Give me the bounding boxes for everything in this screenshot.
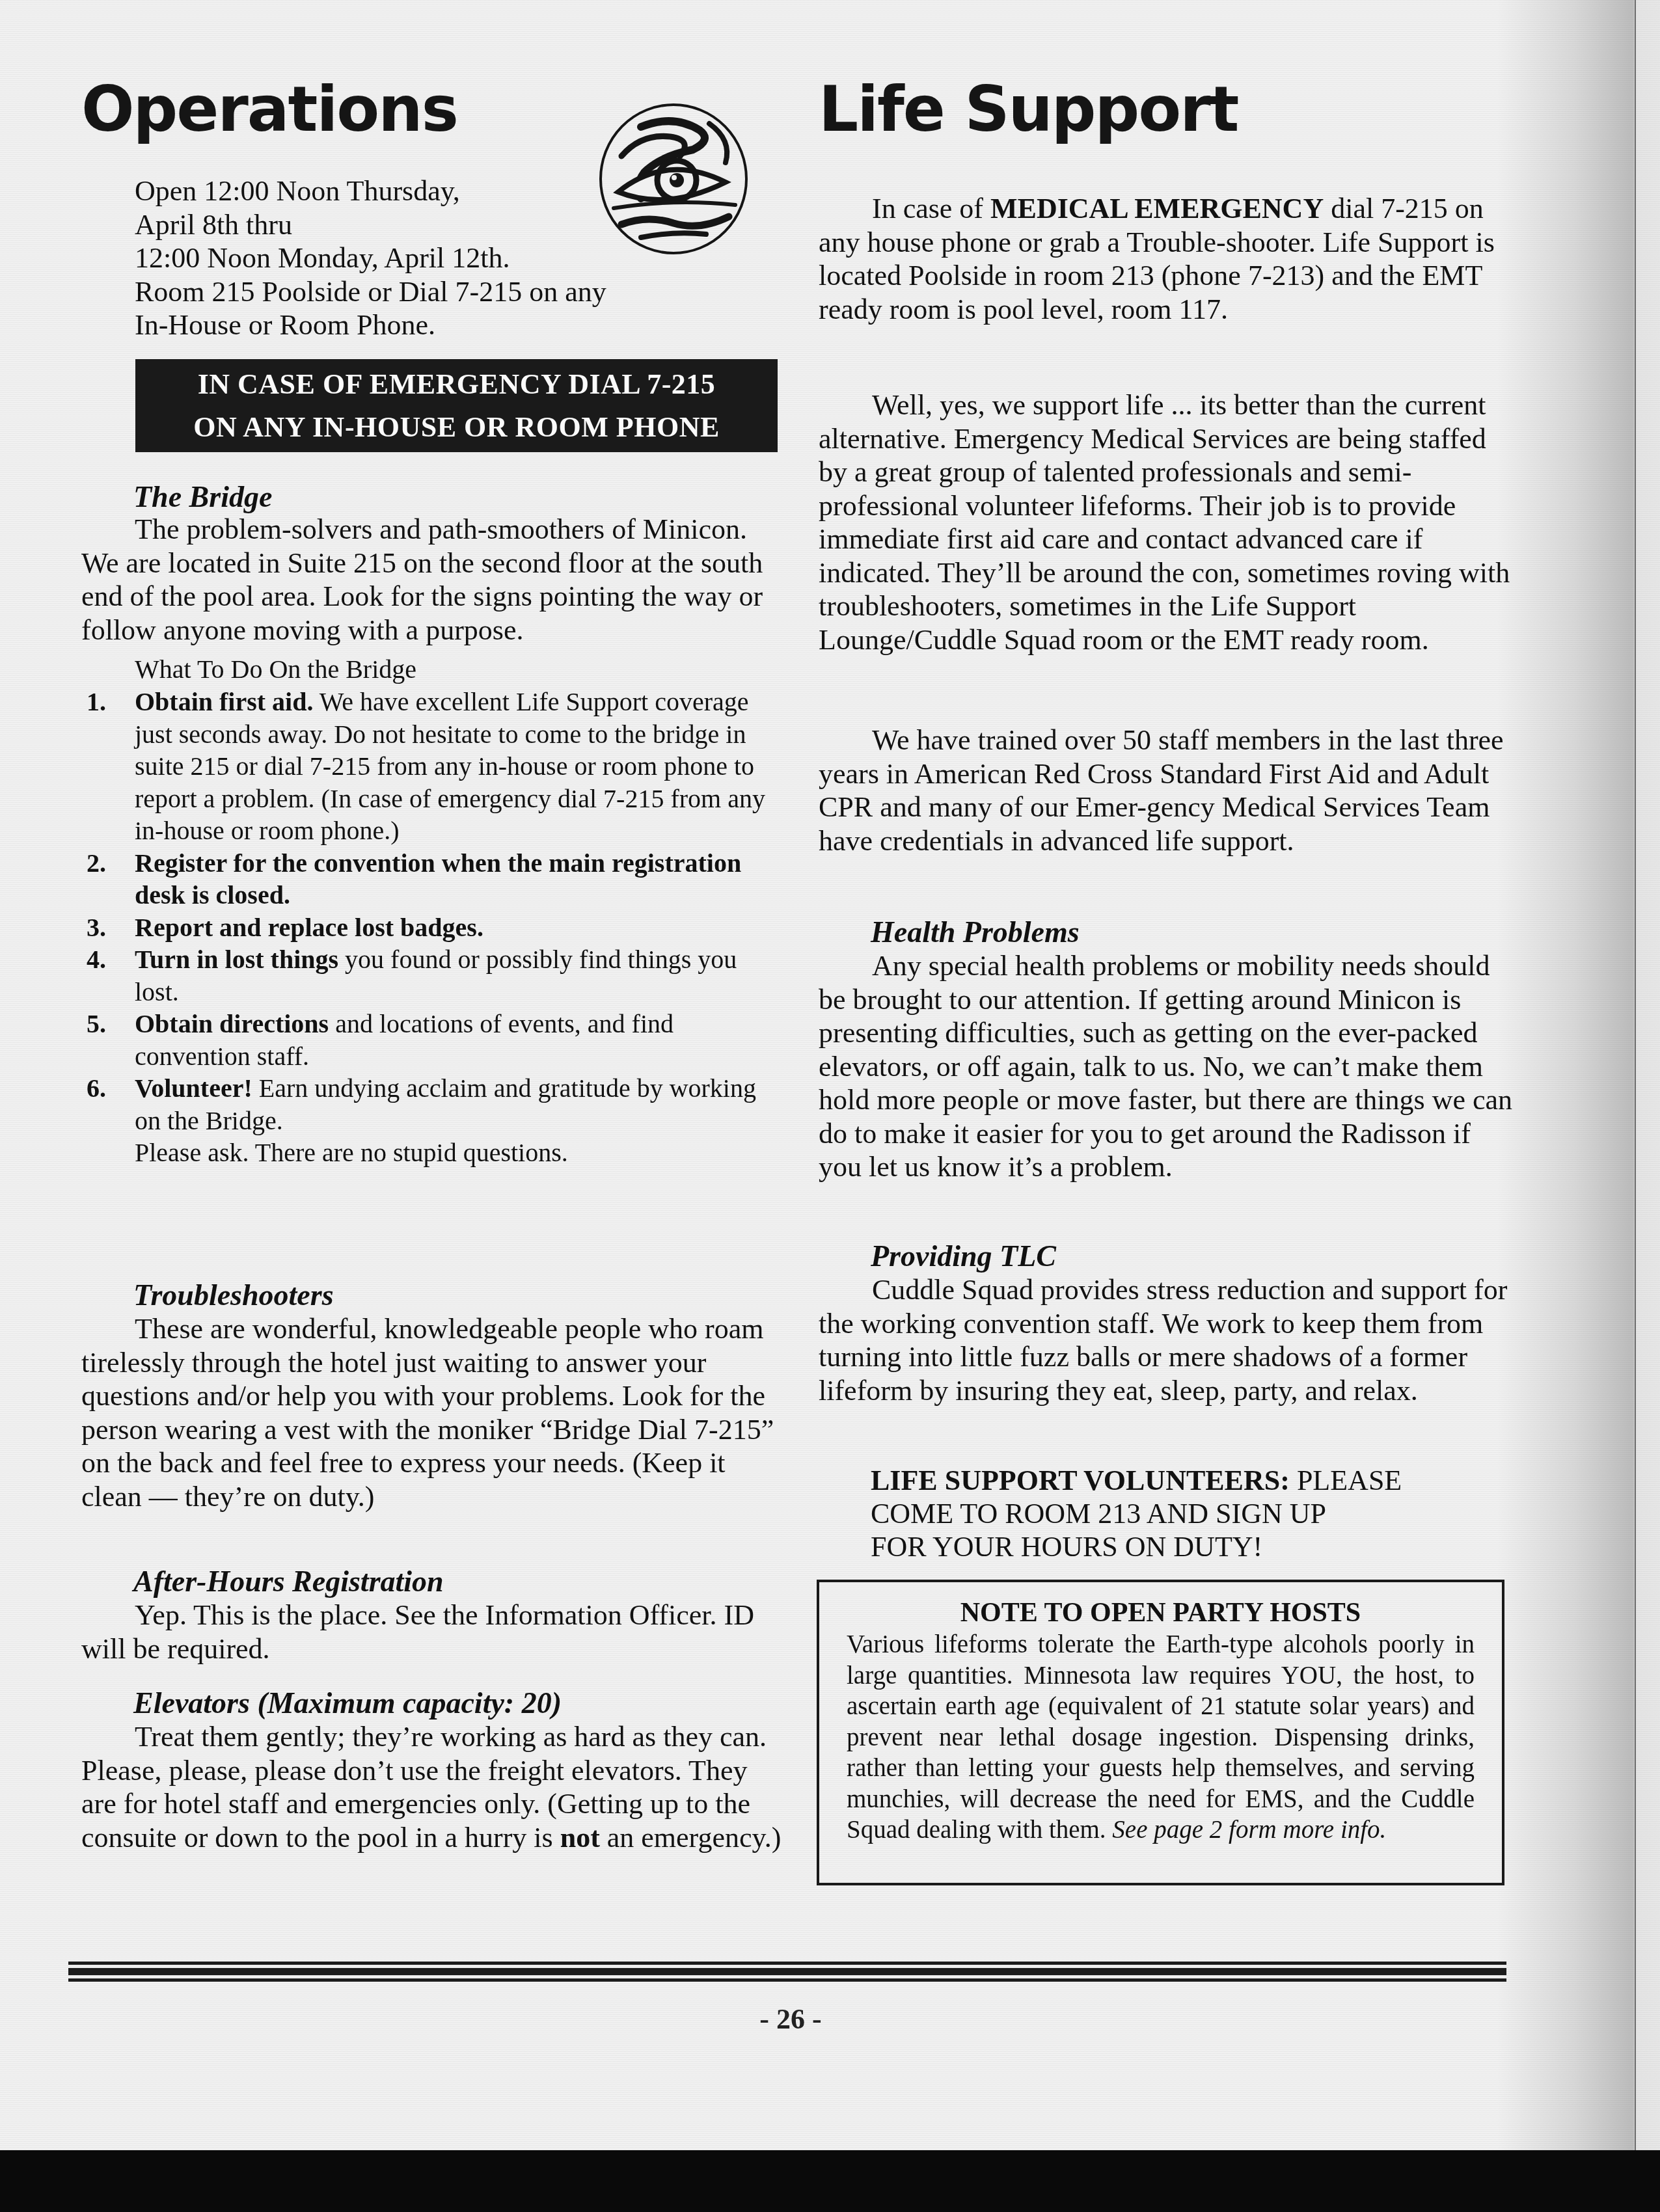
emergency-line-1: IN CASE OF EMERGENCY DIAL 7-215: [198, 363, 716, 406]
task-item: 2.Register for the convention when the m…: [81, 847, 784, 911]
task-bold: Obtain directions: [135, 1009, 329, 1038]
task-item: 3.Report and replace lost badges.: [81, 911, 784, 944]
volunteer-line-3: FOR YOUR HOURS ON DUTY!: [871, 1530, 1489, 1563]
task-bold: Report and replace lost badges.: [135, 913, 483, 942]
page-number: - 26 -: [0, 2003, 1581, 2036]
troubleshooters-heading: Troubleshooters: [81, 1278, 784, 1312]
after-hours-section: After-Hours Registration Yep. This is th…: [81, 1565, 784, 1666]
bridge-list-label: What To Do On the Bridge: [81, 653, 784, 686]
bridge-section: The Bridge The problem-solvers and path-…: [81, 480, 784, 1169]
intro-text: In case of: [872, 193, 990, 224]
task-number: 1.: [87, 686, 106, 718]
volunteer-label: LIFE SUPPORT VOLUNTEERS:: [871, 1464, 1290, 1496]
volunteer-line-1: LIFE SUPPORT VOLUNTEERS: PLEASE: [871, 1464, 1489, 1497]
task-item: 1.Obtain first aid. We have excellent Li…: [81, 686, 784, 847]
rule-thin-bottom: [68, 1978, 1506, 1982]
ems-paragraph: Well, yes, we support life ... its bette…: [819, 388, 1515, 656]
emergency-line-2: ON ANY IN-HOUSE OR ROOM PHONE: [193, 406, 720, 449]
hours-line: 12:00 Noon Monday, April 12th.: [135, 241, 720, 275]
hours-line: In-House or Room Phone.: [135, 308, 720, 342]
training-paragraph: We have trained over 50 staff members in…: [819, 723, 1515, 857]
life-support-title: Life Support: [819, 78, 1238, 141]
task-item: 5.Obtain directions and locations of eve…: [81, 1008, 784, 1072]
life-support-column: Life Support In case of MEDICAL EMERGENC…: [819, 0, 1515, 1952]
operations-title: Operations: [81, 78, 457, 141]
medical-emergency-emphasis: MEDICAL EMERGENCY: [990, 193, 1324, 224]
rule-thick: [68, 1968, 1506, 1975]
tlc-heading: Providing TLC: [819, 1239, 1515, 1273]
tlc-body: Cuddle Squad provides stress reduction a…: [819, 1273, 1515, 1407]
task-number: 4.: [87, 943, 106, 976]
after-hours-body: Yep. This is the place. See the Informat…: [81, 1598, 784, 1666]
task-item: 4.Turn in lost things you found or possi…: [81, 943, 784, 1008]
volunteer-text: PLEASE: [1290, 1464, 1402, 1496]
bridge-closing: Please ask. There are no stupid question…: [81, 1137, 784, 1169]
task-bold: Volunteer!: [135, 1073, 252, 1103]
bridge-heading: The Bridge: [81, 480, 784, 514]
life-support-para-2: Well, yes, we support life ... its bette…: [819, 388, 1515, 656]
task-number: 3.: [87, 911, 106, 944]
elevators-section: Elevators (Maximum capacity: 20) Treat t…: [81, 1686, 784, 1854]
elevators-heading: Elevators (Maximum capacity: 20): [81, 1686, 784, 1720]
after-hours-heading: After-Hours Registration: [81, 1565, 784, 1598]
hours-line: Room 215 Poolside or Dial 7-215 on any: [135, 275, 720, 309]
hours-line: April 8th thru: [135, 208, 720, 242]
note-title: NOTE TO OPEN PARTY HOSTS: [847, 1597, 1475, 1629]
bridge-task-list: 1.Obtain first aid. We have excellent Li…: [81, 686, 784, 1137]
volunteer-line-2: COME TO ROOM 213 AND SIGN UP: [871, 1497, 1489, 1530]
task-item: 6.Volunteer! Earn undying acclaim and gr…: [81, 1072, 784, 1137]
task-number: 6.: [87, 1072, 106, 1105]
troubleshooters-body: These are wonderful, knowledgeable peopl…: [81, 1312, 784, 1513]
hours-line: Open 12:00 Noon Thursday,: [135, 174, 720, 208]
elevators-text-end: an emergency.): [600, 1822, 782, 1854]
health-problems-heading: Health Problems: [819, 915, 1515, 949]
troubleshooters-section: Troubleshooters These are wonderful, kno…: [81, 1278, 784, 1513]
volunteer-callout: LIFE SUPPORT VOLUNTEERS: PLEASE COME TO …: [871, 1464, 1489, 1563]
note-body: Various lifeforms tolerate the Earth-typ…: [847, 1629, 1475, 1846]
footer-triple-rule: [68, 1962, 1506, 1982]
tlc-section: Providing TLC Cuddle Squad provides stre…: [819, 1239, 1515, 1407]
page-edge-shadow: [1635, 0, 1636, 2150]
bridge-body: The problem-solvers and path-smoothers o…: [81, 513, 784, 647]
note-text: Various lifeforms tolerate the Earth-typ…: [847, 1630, 1475, 1844]
task-number: 2.: [87, 847, 106, 880]
operations-hours: Open 12:00 Noon Thursday, April 8th thru…: [135, 174, 720, 342]
task-number: 5.: [87, 1008, 106, 1040]
elevators-emphasis: not: [560, 1822, 600, 1854]
task-bold: Register for the convention when the mai…: [135, 848, 741, 910]
note-reference: See page 2 form more info.: [1112, 1816, 1386, 1844]
life-support-intro: In case of MEDICAL EMERGENCY dial 7-215 …: [819, 192, 1515, 326]
emergency-banner: IN CASE OF EMERGENCY DIAL 7-215 ON ANY I…: [135, 359, 778, 452]
medical-emergency-paragraph: In case of MEDICAL EMERGENCY dial 7-215 …: [819, 192, 1515, 326]
health-problems-section: Health Problems Any special health probl…: [819, 915, 1515, 1184]
elevators-body: Treat them gently; they’re working as ha…: [81, 1720, 784, 1854]
task-bold: Turn in lost things: [135, 945, 338, 974]
task-bold: Obtain first aid.: [135, 687, 313, 716]
health-problems-body: Any special health problems or mobility …: [819, 949, 1515, 1184]
life-support-para-3: We have trained over 50 staff members in…: [819, 723, 1515, 857]
party-hosts-note: NOTE TO OPEN PARTY HOSTS Various lifefor…: [817, 1580, 1504, 1885]
operations-column: Operations Open 12:00 Noon Thursday, Apr…: [81, 0, 784, 1952]
